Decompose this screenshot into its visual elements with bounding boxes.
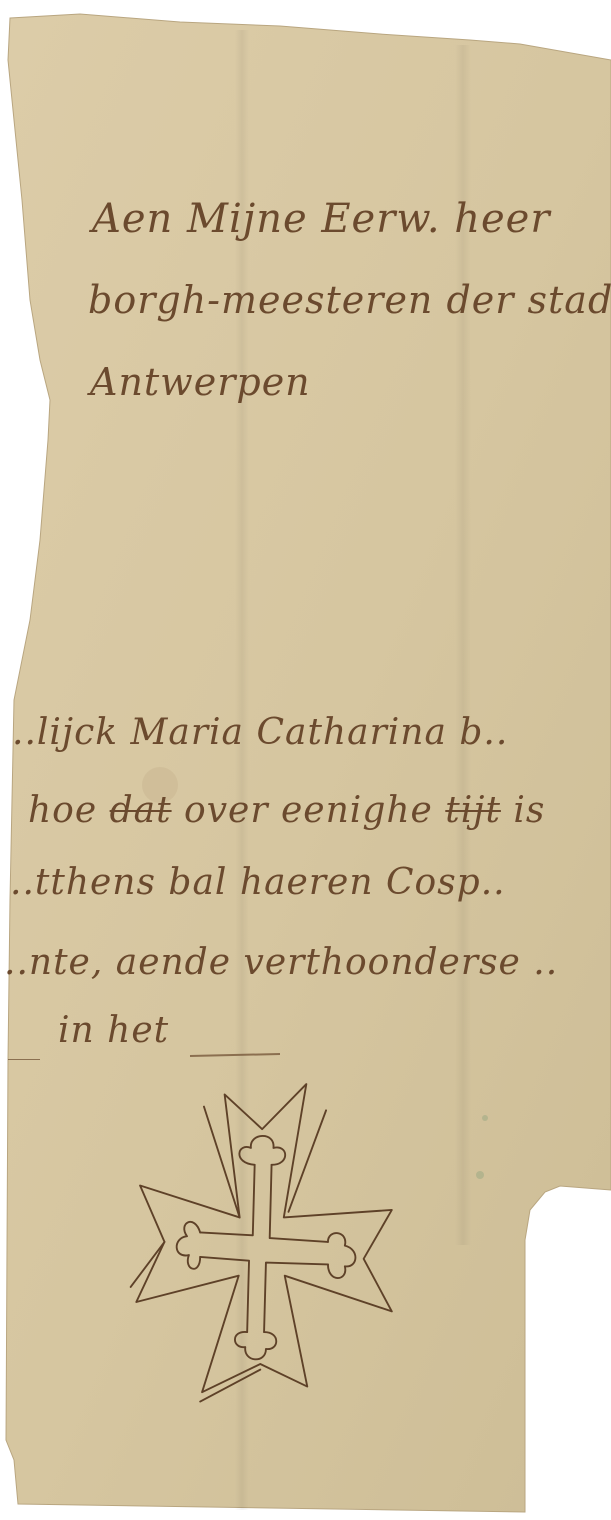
line-5-flourish [0, 1020, 300, 1060]
cross-pattee-drawing-icon [110, 1070, 420, 1410]
struck-word-tijt: tijt [445, 790, 501, 831]
body-line-3: ..tthens bal haeren Cosp.. [10, 862, 506, 903]
body-line-2: hoe dat over eenighe tijt is [28, 790, 545, 831]
struck-word-dat: dat [110, 790, 172, 831]
address-line-1: Aen Mijne Eerw. heer [92, 196, 550, 242]
body-line-2-text: hoe [28, 790, 110, 831]
manuscript-page: Aen Mijne Eerw. heer borgh-meesteren der… [0, 0, 611, 1520]
body-line-1: ..lijck Maria Catharina b.. [12, 712, 508, 753]
address-line-3: Antwerpen [90, 360, 311, 404]
body-line-2-text-b: over eenighe [172, 790, 446, 831]
body-line-2-text-c: is [501, 790, 545, 831]
address-line-2: borgh-meesteren der stadt [88, 278, 611, 322]
body-line-4: ..nte, aende verthoonderse .. [4, 942, 558, 983]
